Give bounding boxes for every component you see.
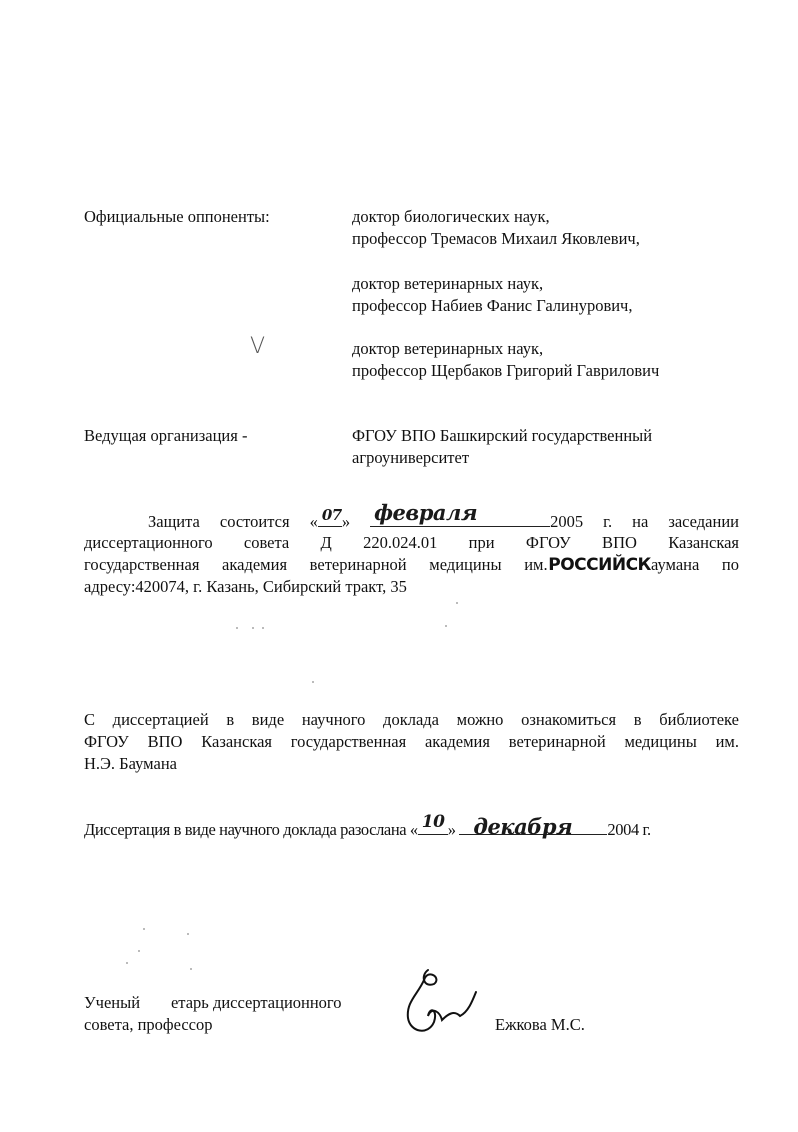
defense-intro: Защита состоится « [148,512,318,531]
scan-speck [126,962,128,964]
scan-speck [187,933,189,935]
secretary-line-1: Ученыйceкретарь диссертационного [84,992,342,1014]
secretary-line-1-b: етарь диссертационного [171,993,342,1012]
opponent-3-name: профессор Щербаков Григорий Гаврилович [352,360,659,382]
scan-speck [252,627,254,629]
library-line-3: Н.Э. Баумана [84,753,177,775]
secretary-line-2-b: офессор [155,1015,213,1034]
scan-speck [138,950,140,952]
mailing-month-field: декабря [459,818,607,835]
mailing-day-handwritten: 10 [422,811,445,833]
mailing-year-text: 2004 г. [607,820,650,839]
secretary-line-1-a: Ученый [84,993,140,1012]
stamp-overlay: РОССИЙСК [548,555,651,575]
defense-line-2: диссертационного совета Д 220.024.01 при… [84,532,739,554]
opponent-2-degree: доктор ветеринарных наук, [352,273,543,295]
opponent-2-name: профессор Набиев Фанис Галинурович, [352,295,632,317]
library-line-1: С диссертацией в виде научного доклада м… [84,709,739,731]
defense-day-handwritten: 07 [322,504,342,526]
check-mark-icon: V [250,334,265,359]
defense-line-4: адресу:420074, г. Казань, Сибирский трак… [84,576,407,598]
scan-speck [190,968,192,970]
leading-org-line-2: агроуниверситет [352,447,469,469]
mailing-line: Диссертация в виде научного доклада разо… [84,818,744,841]
scan-speck [262,627,264,629]
defense-day-field: 07 [318,510,342,527]
scan-speck [312,681,314,683]
defense-quote-close: » [342,512,350,531]
leading-org-label: Ведущая организация - [84,425,247,447]
mailing-intro: Диссертация в виде научного доклада разо… [84,820,418,839]
mailing-day-field: 10 [418,818,448,835]
scan-speck [143,928,145,930]
scan-speck [236,627,238,629]
defense-month-field: февраля [370,510,550,527]
defense-line-1: Защита состоится «07» февраля2005 г. на … [84,510,739,533]
library-line-2: ФГОУ ВПО Казанская государственная акаде… [84,731,739,753]
opponent-3-degree: доктор ветеринарных наук, [352,338,543,360]
mailing-month-handwritten: декабря [473,816,572,838]
defense-month-handwritten: февраля [374,502,477,524]
defense-line-3-start: государственная академия ветеринарной ме… [84,555,548,574]
leading-org-line-1: ФГОУ ВПО Башкирский государственный [352,425,652,447]
secretary-name: Ежкова М.С. [495,1014,585,1036]
scan-speck [445,625,447,627]
defense-line-3: государственная академия ветеринарной ме… [84,554,739,576]
signature-icon [398,962,488,1042]
secretary-line-2-a: совета, пр [84,1015,155,1034]
mailing-quote-close: » [448,820,456,839]
scan-speck [456,602,458,604]
opponents-label: Официальные оппоненты: [84,206,270,228]
defense-line-3-end: аумана по [651,555,739,574]
opponent-1-degree: доктор биологических наук, [352,206,550,228]
defense-year-text: 2005 г. на заседании [550,512,739,531]
opponent-1-name: профессор Тремасов Михаил Яковлевич, [352,228,640,250]
secretary-line-2: совета, профессор [84,1014,213,1036]
